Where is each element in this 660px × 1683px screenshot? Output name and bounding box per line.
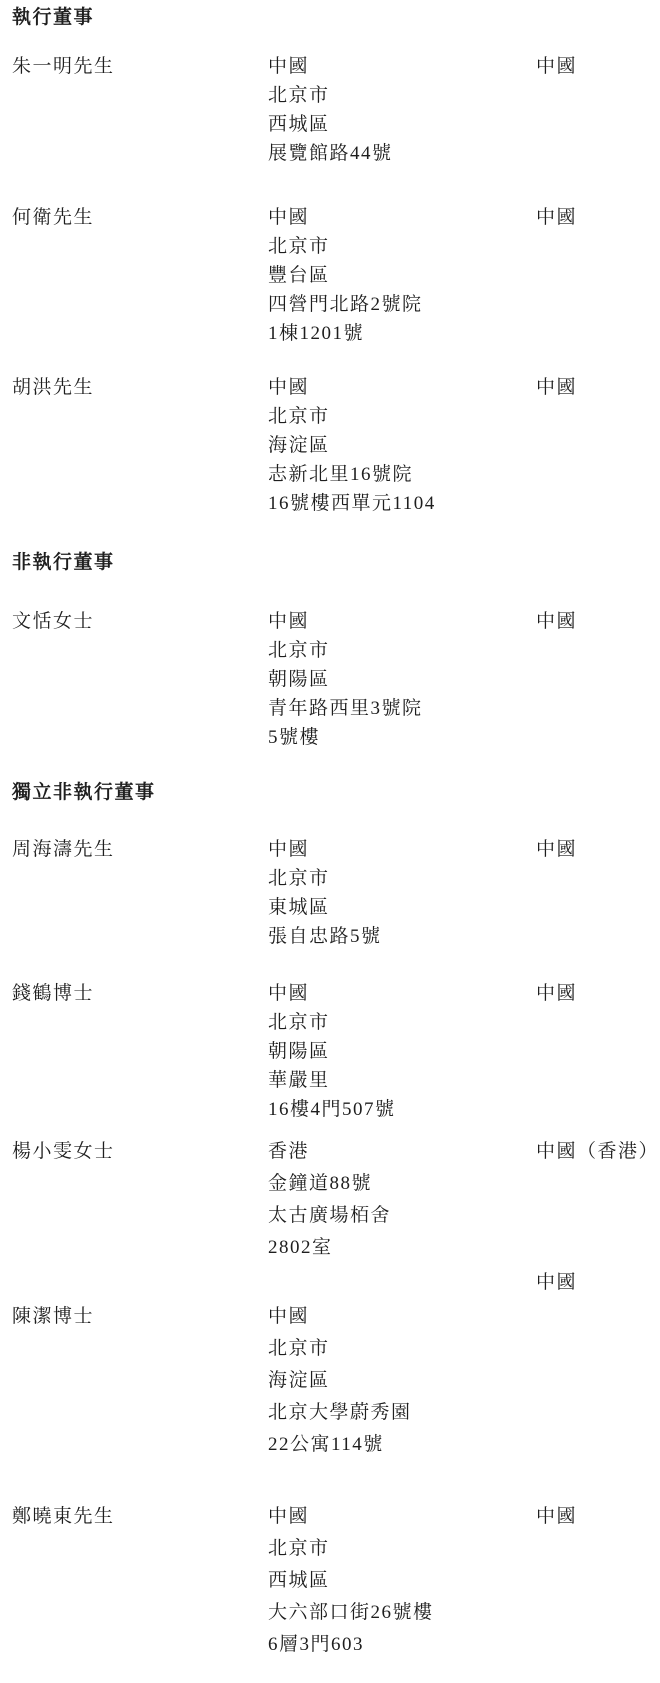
address-line: 中國 (268, 979, 396, 1008)
address-line: 中國 (268, 203, 423, 232)
address-line: 四營門北路2號院 (268, 290, 423, 319)
director-nationality: 中國（香港） (536, 1136, 659, 1168)
address-line: 北京市 (268, 636, 423, 665)
address-line: 大六部口街26號樓 (268, 1597, 434, 1629)
director-name: 朱一明先生 (12, 52, 115, 81)
residential-address: 香港 金鐘道88號 太古廣場栢舍 2802室 (268, 1136, 391, 1264)
address-line: 中國 (268, 373, 436, 402)
address-line: 北京市 (268, 1333, 412, 1365)
address-line: 中國 (268, 1501, 434, 1533)
section-header-non-executive-directors: 非執行董事 (12, 548, 115, 577)
address-line: 西城區 (268, 1565, 434, 1597)
address-line: 金鐘道88號 (268, 1168, 391, 1200)
director-nationality: 中國 (536, 607, 577, 636)
address-line: 朝陽區 (268, 1037, 396, 1066)
section-header-executive-directors: 執行董事 (12, 3, 94, 32)
address-line: 16樓4門507號 (268, 1095, 396, 1124)
director-name: 文恬女士 (12, 607, 94, 636)
residential-address: 中國 北京市 海淀區 志新北里16號院 16號樓西單元1104 (268, 373, 436, 518)
director-nationality: 中國 (536, 203, 577, 232)
address-line: 華嚴里 (268, 1066, 396, 1095)
address-line: 太古廣場栢舍 (268, 1200, 391, 1232)
director-name: 楊小雯女士 (12, 1136, 115, 1168)
address-line: 2802室 (268, 1232, 391, 1264)
residential-address: 中國 北京市 海淀區 北京大學蔚秀園 22公寓114號 (268, 1301, 412, 1461)
address-line: 北京市 (268, 1533, 434, 1565)
address-line: 中國 (268, 835, 382, 864)
director-name: 錢鶴博士 (12, 979, 94, 1008)
address-line: 志新北里16號院 (268, 460, 436, 489)
address-line: 北京市 (268, 402, 436, 431)
address-line: 東城區 (268, 893, 382, 922)
address-line: 中國 (268, 1301, 412, 1333)
address-line: 北京市 (268, 81, 393, 110)
address-line: 北京市 (268, 864, 382, 893)
address-line: 展覽館路44號 (268, 139, 393, 168)
address-line: 北京市 (268, 232, 423, 261)
director-name: 周海濤先生 (12, 835, 115, 864)
address-line: 16號樓西單元1104 (268, 489, 436, 518)
director-nationality: 中國 (536, 1267, 577, 1299)
address-line: 5號樓 (268, 723, 423, 752)
address-line: 西城區 (268, 110, 393, 139)
director-nationality: 中國 (536, 835, 577, 864)
director-name: 胡洪先生 (12, 373, 94, 402)
address-line: 中國 (268, 52, 393, 81)
director-nationality: 中國 (536, 1501, 577, 1533)
address-line: 6層3門603 (268, 1629, 434, 1661)
address-line: 海淀區 (268, 1365, 412, 1397)
address-line: 北京大學蔚秀園 (268, 1397, 412, 1429)
director-name: 鄭曉東先生 (12, 1501, 115, 1533)
director-name: 陳潔博士 (12, 1301, 94, 1333)
address-line: 1棟1201號 (268, 319, 423, 348)
director-nationality: 中國 (536, 979, 577, 1008)
section-header-independent-non-executive-directors: 獨立非執行董事 (12, 778, 156, 807)
address-line: 北京市 (268, 1008, 396, 1037)
address-line: 青年路西里3號院 (268, 694, 423, 723)
residential-address: 中國 北京市 西城區 展覽館路44號 (268, 52, 393, 168)
director-nationality: 中國 (536, 52, 577, 81)
address-line: 香港 (268, 1136, 391, 1168)
residential-address: 中國 北京市 東城區 張自忠路5號 (268, 835, 382, 951)
document-page: 執行董事 朱一明先生 中國 北京市 西城區 展覽館路44號 中國 何衛先生 中國… (0, 0, 660, 1683)
address-line: 豐台區 (268, 261, 423, 290)
address-line: 海淀區 (268, 431, 436, 460)
residential-address: 中國 北京市 朝陽區 華嚴里 16樓4門507號 (268, 979, 396, 1124)
address-line: 朝陽區 (268, 665, 423, 694)
address-line: 中國 (268, 607, 423, 636)
residential-address: 中國 北京市 朝陽區 青年路西里3號院 5號樓 (268, 607, 423, 752)
address-line: 張自忠路5號 (268, 922, 382, 951)
director-nationality: 中國 (536, 373, 577, 402)
residential-address: 中國 北京市 西城區 大六部口街26號樓 6層3門603 (268, 1501, 434, 1661)
director-name: 何衛先生 (12, 203, 94, 232)
residential-address: 中國 北京市 豐台區 四營門北路2號院 1棟1201號 (268, 203, 423, 348)
address-line: 22公寓114號 (268, 1429, 412, 1461)
